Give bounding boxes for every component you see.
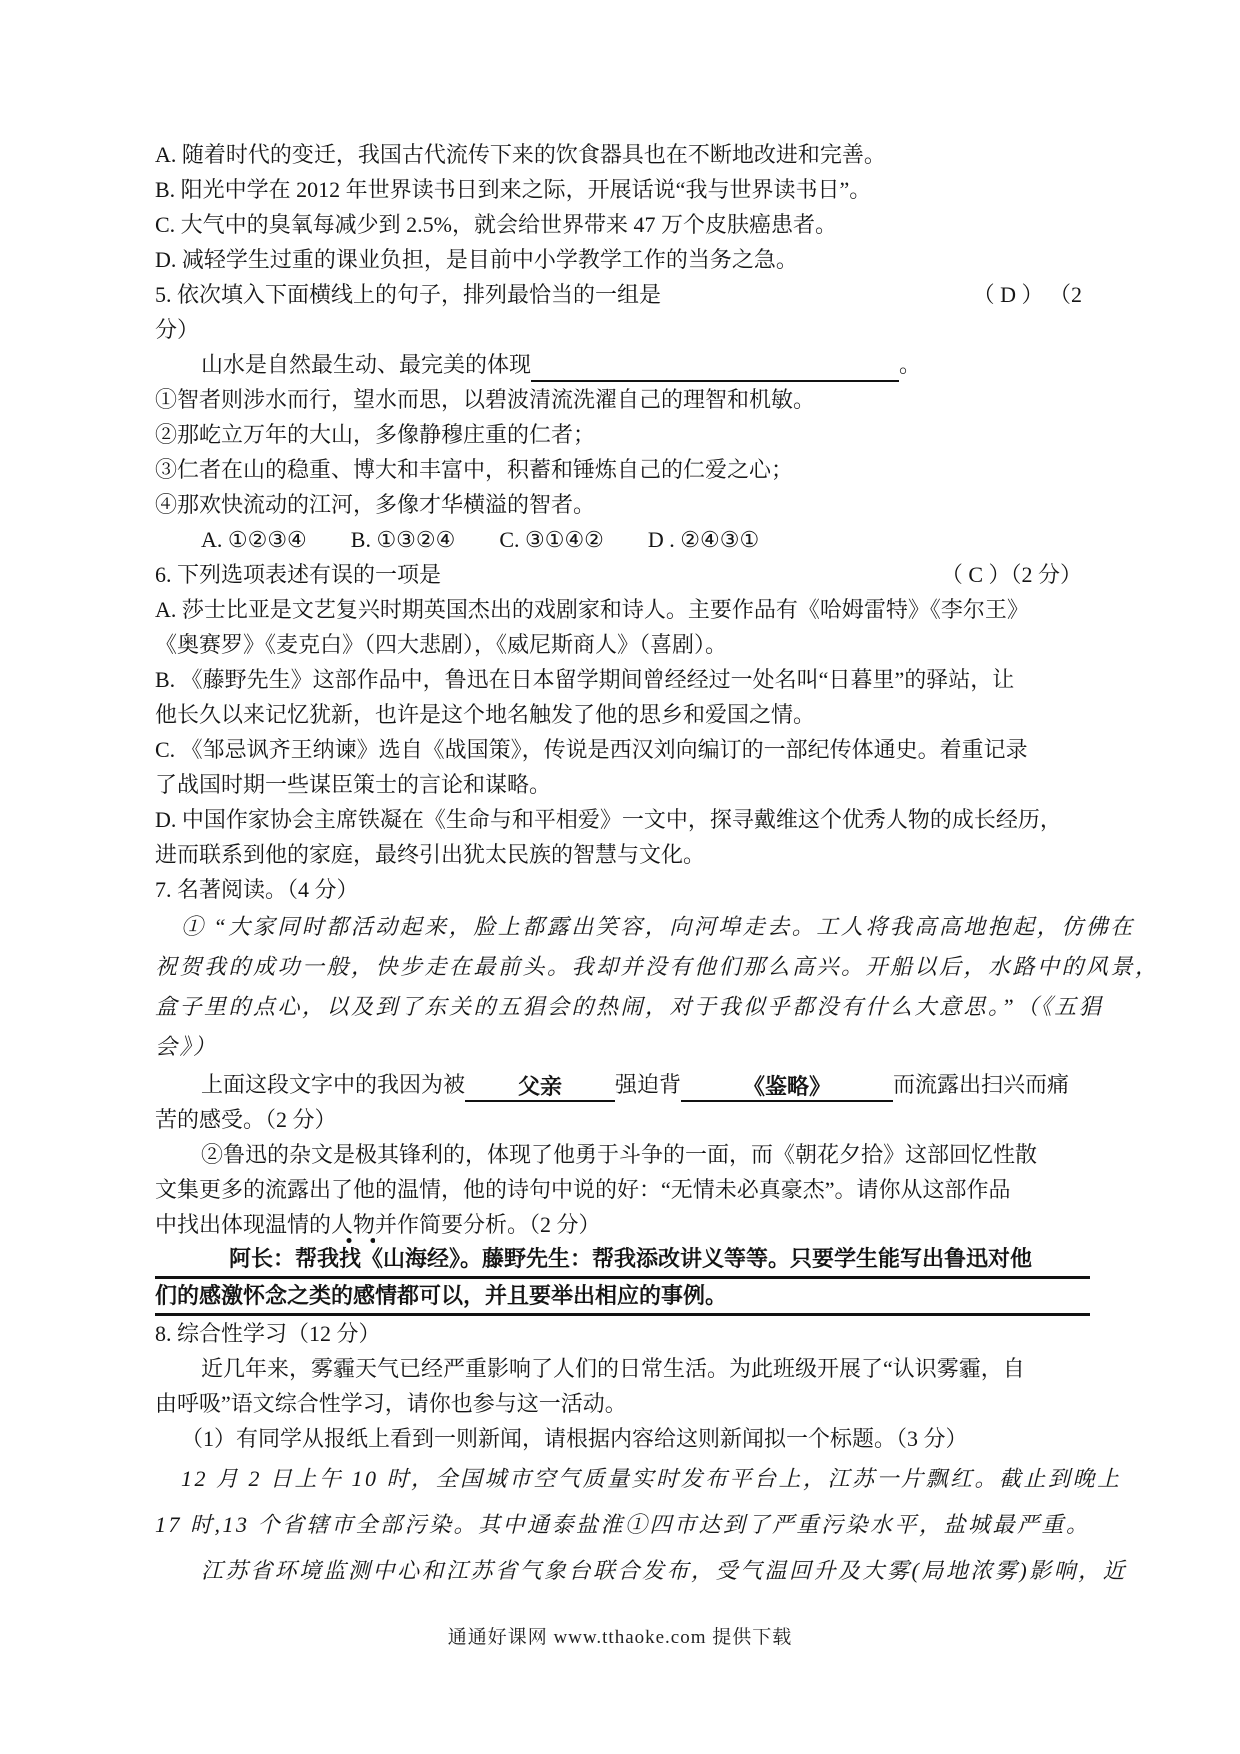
text-line: 12 月 2 日上午 10 时，全国城市空气质量实时发布平台上，江苏一片飘红。截… bbox=[155, 1456, 1090, 1502]
answer-choice: （ D ） （2 bbox=[973, 277, 1090, 312]
text-line: （1）有同学从报纸上看到一则新闻，请根据内容给这则新闻拟一个标题。（3 分） bbox=[155, 1421, 1090, 1456]
text-run: 上面这段文字中的我因为被 bbox=[201, 1072, 465, 1097]
emphasized-text: 人物 bbox=[331, 1212, 375, 1244]
text-line: 17 时,13 个省辖市全部污染。其中通泰盐淮①四市达到了严重污染水平，盐城最严… bbox=[155, 1502, 1090, 1548]
text-run: 山水是自然最生动、最完美的体现 bbox=[201, 352, 531, 377]
text-run: 6. 下列选项表述有误的一项是 bbox=[155, 557, 441, 592]
text-run: ①智者则涉水而行，望水而思，以碧波清流洗濯自己的理智和机敏。 bbox=[155, 387, 815, 412]
text-line: 分） bbox=[155, 312, 1090, 347]
text-run: 们的感激怀念之类的感情都可以，并且要举出相应的事例。 bbox=[155, 1283, 727, 1308]
text-run: 。 bbox=[899, 352, 921, 377]
text-run: （1）有同学从报纸上看到一则新闻，请根据内容给这则新闻拟一个标题。（3 分） bbox=[181, 1426, 968, 1451]
text-run: ④那欢快流动的江河，多像才华横溢的智者。 bbox=[155, 492, 595, 517]
text-line: B. 阳光中学在 2012 年世界读书日到来之际，开展话说“我与世界读书日”。 bbox=[155, 172, 1090, 207]
text-run: C. 大气中的臭氧每减少到 2.5%，就会给世界带来 47 万个皮肤癌患者。 bbox=[155, 212, 837, 237]
text-line: 们的感激怀念之类的感情都可以，并且要举出相应的事例。 bbox=[155, 1279, 1090, 1316]
answer-blank bbox=[531, 351, 899, 382]
text-line: D. 中国作家协会主席铁凝在《生命与和平相爱》一文中，探寻戴维这个优秀人物的成长… bbox=[155, 802, 1090, 837]
text-run: ②那屹立万年的大山，多像静穆庄重的仁者； bbox=[155, 422, 595, 447]
text-run: 了战国时期一些谋臣策士的言论和谋略。 bbox=[155, 772, 551, 797]
text-line: 苦的感受。（2 分） bbox=[155, 1102, 1090, 1137]
text-line: 盒子里的点心，以及到了东关的五猖会的热闹，对于我似乎都没有什么大意思。”（《五猖 bbox=[155, 987, 1090, 1027]
text-run: 近几年来，雾霾天气已经严重影响了人们的日常生活。为此班级开展了“认识雾霾，自 bbox=[201, 1356, 1025, 1381]
text-line: C. 大气中的臭氧每减少到 2.5%，就会给世界带来 47 万个皮肤癌患者。 bbox=[155, 207, 1090, 242]
exam-page: A. 随着时代的变迁，我国古代流传下来的饮食器具也在不断地改进和完善。B. 阳光… bbox=[0, 0, 1240, 1754]
text-run: ③仁者在山的稳重、博大和丰富中，积蓄和锤炼自己的仁爱之心； bbox=[155, 457, 793, 482]
text-run: 而流露出扫兴而痛 bbox=[893, 1072, 1069, 1097]
text-run: 阿长：帮我找《山海经》。藤野先生：帮我添改讲义等等。只要学生能写出鲁迅对他 bbox=[229, 1246, 1032, 1271]
text-run: 5. 依次填入下面横线上的句子，排列最恰当的一组是 bbox=[155, 277, 661, 312]
text-run: B. 阳光中学在 2012 年世界读书日到来之际，开展话说“我与世界读书日”。 bbox=[155, 177, 871, 202]
text-run: 8. 综合性学习（12 分） bbox=[155, 1321, 381, 1346]
text-run: 会》） bbox=[155, 1034, 218, 1059]
text-line: 上面这段文字中的我因为被父亲强迫背《鉴略》而流露出扫兴而痛 bbox=[155, 1067, 1090, 1102]
text-run: ②鲁迅的杂文是极其锋利的，体现了他勇于斗争的一面，而《朝花夕拾》这部回忆性散 bbox=[201, 1142, 1037, 1167]
text-run: ① “大家同时都活动起来，脸上都露出笑容，向河埠走去。工人将我高高地抱起，仿佛在 bbox=[181, 914, 1135, 939]
text-run: 分） bbox=[155, 317, 199, 342]
text-run: 盒子里的点心，以及到了东关的五猖会的热闹，对于我似乎都没有什么大意思。”（《五猖 bbox=[155, 994, 1103, 1019]
text-line: 7. 名著阅读。（4 分） bbox=[155, 872, 1090, 907]
text-line: ① “大家同时都活动起来，脸上都露出笑容，向河埠走去。工人将我高高地抱起，仿佛在 bbox=[155, 907, 1090, 947]
text-line: A. ①②③④ B. ①③②④ C. ③①④② D . ②④③① bbox=[155, 522, 1090, 557]
text-line: 6. 下列选项表述有误的一项是（ C ）（2 分） bbox=[155, 557, 1090, 592]
text-run: 7. 名著阅读。（4 分） bbox=[155, 877, 359, 902]
text-run: A. ①②③④ B. ①③②④ C. ③①④② D . ②④③① bbox=[201, 527, 759, 552]
answer-choice: （ C ）（2 分） bbox=[941, 557, 1090, 592]
text-line: C. 《邹忌讽齐王纳谏》选自《战国策》，传说是西汉刘向编订的一部纪传体通史。着重… bbox=[155, 732, 1090, 767]
text-run: 苦的感受。（2 分） bbox=[155, 1107, 337, 1132]
text-line: 文集更多的流露出了他的温情，他的诗句中说的好：“无情未必真豪杰”。请你从这部作品 bbox=[155, 1172, 1090, 1207]
text-line: 进而联系到他的家庭，最终引出犹太民族的智慧与文化。 bbox=[155, 837, 1090, 872]
text-run: 强迫背 bbox=[615, 1072, 681, 1097]
text-run: 17 时,13 个省辖市全部污染。其中通泰盐淮①四市达到了严重污染水平，盐城最严… bbox=[155, 1512, 1091, 1537]
text-run: D. 中国作家协会主席铁凝在《生命与和平相爱》一文中，探寻戴维这个优秀人物的成长… bbox=[155, 807, 1062, 832]
text-run: D. 减轻学生过重的课业负担，是目前中小学教学工作的当务之急。 bbox=[155, 247, 798, 272]
text-line: B. 《藤野先生》这部作品中，鲁迅在日本留学期间曾经经过一处名叫“日暮里”的驿站… bbox=[155, 662, 1090, 697]
text-run: 由呼吸”语文综合性学习，请你也参与这一活动。 bbox=[155, 1391, 627, 1416]
text-run: 他长久以来记忆犹新，也许是这个地名触发了他的思乡和爱国之情。 bbox=[155, 702, 815, 727]
text-run: B. 《藤野先生》这部作品中，鲁迅在日本留学期间曾经经过一处名叫“日暮里”的驿站… bbox=[155, 667, 1014, 692]
text-line: 山水是自然最生动、最完美的体现。 bbox=[155, 347, 1090, 382]
text-line: D. 减轻学生过重的课业负担，是目前中小学教学工作的当务之急。 bbox=[155, 242, 1090, 277]
text-line: 他长久以来记忆犹新，也许是这个地名触发了他的思乡和爱国之情。 bbox=[155, 697, 1090, 732]
document-body: A. 随着时代的变迁，我国古代流传下来的饮食器具也在不断地改进和完善。B. 阳光… bbox=[155, 137, 1090, 1594]
text-run: A. 随着时代的变迁，我国古代流传下来的饮食器具也在不断地改进和完善。 bbox=[155, 142, 886, 167]
text-line: 中找出体现温情的人物并作简要分析。（2 分） bbox=[155, 1207, 1090, 1242]
text-line: 《奥赛罗》《麦克白》（四大悲剧），《威尼斯商人》（喜剧）。 bbox=[155, 627, 1090, 662]
text-line: A. 随着时代的变迁，我国古代流传下来的饮食器具也在不断地改进和完善。 bbox=[155, 137, 1090, 172]
text-line: 5. 依次填入下面横线上的句子，排列最恰当的一组是（ D ） （2 bbox=[155, 277, 1090, 312]
text-line: 会》） bbox=[155, 1027, 1090, 1067]
footer-text: 通通好课网 www.tthaoke.com 提供下载 bbox=[448, 1627, 793, 1648]
text-line: ④那欢快流动的江河，多像才华横溢的智者。 bbox=[155, 487, 1090, 522]
text-line: ③仁者在山的稳重、博大和丰富中，积蓄和锤炼自己的仁爱之心； bbox=[155, 452, 1090, 487]
page-footer: 通通好课网 www.tthaoke.com 提供下载 bbox=[0, 1622, 1240, 1649]
text-line: 由呼吸”语文综合性学习，请你也参与这一活动。 bbox=[155, 1386, 1090, 1421]
text-run: 祝贺我的成功一般，快步走在最前头。我却并没有他们那么高兴。开船以后，水路中的风景… bbox=[155, 954, 1160, 979]
text-run: 进而联系到他的家庭，最终引出犹太民族的智慧与文化。 bbox=[155, 842, 705, 867]
text-run: 并作简要分析。（2 分） bbox=[375, 1212, 601, 1237]
text-line: 了战国时期一些谋臣策士的言论和谋略。 bbox=[155, 767, 1090, 802]
text-line: 江苏省环境监测中心和江苏省气象台联合发布，受气温回升及大雾(局地浓雾)影响，近 bbox=[155, 1548, 1090, 1594]
text-line: 8. 综合性学习（12 分） bbox=[155, 1316, 1090, 1351]
answer-blank: 父亲 bbox=[465, 1071, 615, 1102]
text-line: 祝贺我的成功一般，快步走在最前头。我却并没有他们那么高兴。开船以后，水路中的风景… bbox=[155, 947, 1090, 987]
text-run: 文集更多的流露出了他的温情，他的诗句中说的好：“无情未必真豪杰”。请你从这部作品 bbox=[155, 1177, 1011, 1202]
text-run: C. 《邹忌讽齐王纳谏》选自《战国策》，传说是西汉刘向编订的一部纪传体通史。着重… bbox=[155, 737, 1028, 762]
text-run: 12 月 2 日上午 10 时，全国城市空气质量实时发布平台上，江苏一片飘红。截… bbox=[181, 1466, 1122, 1491]
text-line: ②那屹立万年的大山，多像静穆庄重的仁者； bbox=[155, 417, 1090, 452]
answer-blank: 《鉴略》 bbox=[681, 1071, 893, 1102]
text-line: ①智者则涉水而行，望水而思，以碧波清流洗濯自己的理智和机敏。 bbox=[155, 382, 1090, 417]
text-run: A. 莎士比亚是文艺复兴时期英国杰出的戏剧家和诗人。主要作品有《哈姆雷特》《李尔… bbox=[155, 597, 1029, 622]
text-run: 《奥赛罗》《麦克白》（四大悲剧），《威尼斯商人》（喜剧）。 bbox=[155, 632, 727, 657]
text-line: A. 莎士比亚是文艺复兴时期英国杰出的戏剧家和诗人。主要作品有《哈姆雷特》《李尔… bbox=[155, 592, 1090, 627]
text-line: 近几年来，雾霾天气已经严重影响了人们的日常生活。为此班级开展了“认识雾霾，自 bbox=[155, 1351, 1090, 1386]
text-run: 江苏省环境监测中心和江苏省气象台联合发布，受气温回升及大雾(局地浓雾)影响，近 bbox=[201, 1558, 1127, 1583]
text-line: ②鲁迅的杂文是极其锋利的，体现了他勇于斗争的一面，而《朝花夕拾》这部回忆性散 bbox=[155, 1137, 1090, 1172]
text-line: 阿长：帮我找《山海经》。藤野先生：帮我添改讲义等等。只要学生能写出鲁迅对他 bbox=[155, 1242, 1090, 1279]
text-run: 中找出体现温情的 bbox=[155, 1212, 331, 1237]
